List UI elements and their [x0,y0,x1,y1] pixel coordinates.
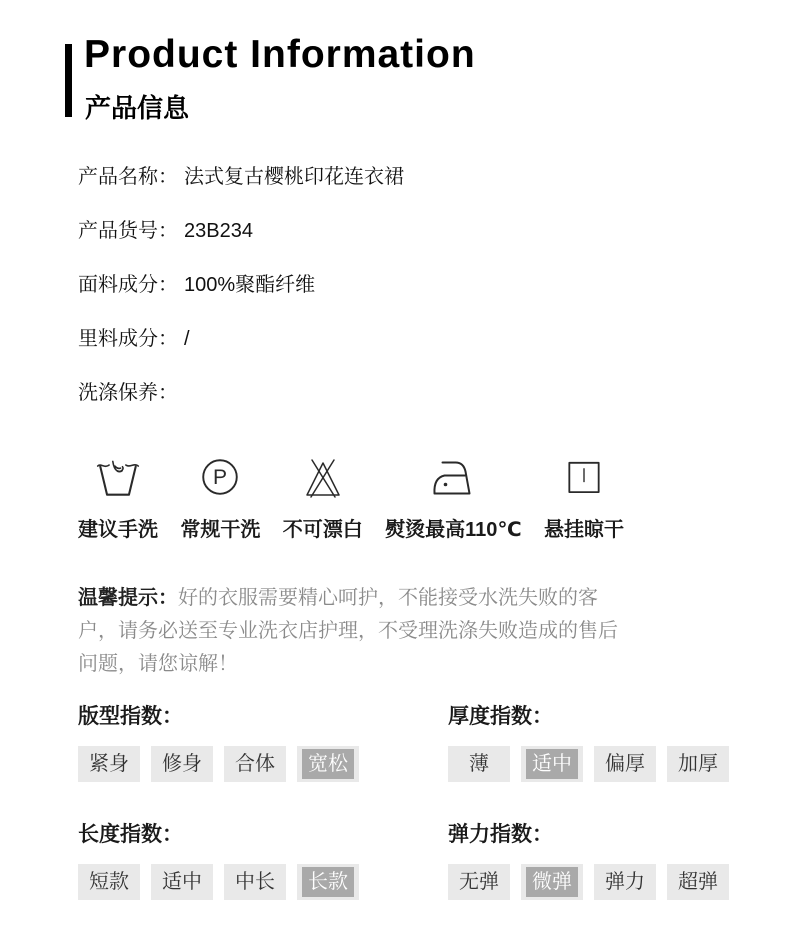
index-option-selected: 长款 [297,864,359,900]
index-group-title: 厚度指数： [448,703,748,731]
care-item-dry-clean: P 常规干洗 [180,450,260,542]
index-group-title: 版型指数： [78,703,378,731]
hang-dry-icon [562,450,606,504]
index-options-row: 薄 适中 偏厚 加厚 [448,746,748,782]
iron-max-110-icon [429,450,477,504]
index-option-selected: 宽松 [297,746,359,782]
detail-label: 产品货号： [78,220,178,242]
detail-value: 100%聚酯纤维 [184,274,315,296]
index-option: 中长 [224,864,286,900]
index-option: 弹力 [594,864,656,900]
dry-clean-p-icon: P [197,450,243,504]
index-options-row: 短款 适中 中长 长款 [78,864,378,900]
svg-text:P: P [213,466,227,489]
thickness-index-group: 厚度指数： 薄 适中 偏厚 加厚 [448,703,748,782]
care-label: 常规干洗 [180,513,260,542]
index-option: 薄 [448,746,510,782]
care-label: 建议手洗 [78,513,158,542]
detail-label: 里料成分： [78,328,178,350]
index-option: 加厚 [667,746,729,782]
detail-value: / [184,328,190,350]
detail-row-product-code: 产品货号：23B234 [78,217,404,245]
product-details: 产品名称：法式复古樱桃印花连衣裙 产品货号：23B234 面料成分：100%聚酯… [78,163,404,433]
no-bleach-icon [299,450,347,504]
index-group-title: 弹力指数： [448,821,748,849]
product-info-page: Product Information 产品信息 产品名称：法式复古樱桃印花连衣… [0,0,790,951]
index-options-row: 无弹 微弹 弹力 超弹 [448,864,748,900]
fit-index-group: 版型指数： 紧身 修身 合体 宽松 [78,703,378,782]
page-title-cn: 产品信息 [85,88,189,125]
index-option: 无弹 [448,864,510,900]
care-item-no-bleach: 不可漂白 [283,450,363,542]
detail-row-product-name: 产品名称：法式复古樱桃印花连衣裙 [78,163,404,191]
care-item-iron: 熨烫最高110℃ [385,450,521,542]
detail-value: 法式复古樱桃印花连衣裙 [184,166,404,188]
care-label: 悬挂晾干 [544,513,624,542]
index-options-row: 紧身 修身 合体 宽松 [78,746,378,782]
detail-label: 面料成分： [78,274,178,296]
index-group-title: 长度指数： [78,821,378,849]
index-option: 修身 [151,746,213,782]
care-symbols-row: 建议手洗 P 常规干洗 不可漂白 [78,450,624,542]
index-option-selected: 适中 [521,746,583,782]
index-option-selected: 微弹 [521,864,583,900]
page-title-en: Product Information [84,33,476,77]
index-option: 合体 [224,746,286,782]
detail-label: 产品名称： [78,166,178,188]
hand-wash-icon [93,450,143,504]
warm-tips: 温馨提示：好的衣服需要精心呵护，不能接受水洗失败的客户，请务必送至专业洗衣店护理… [78,582,627,681]
detail-label: 洗涤保养： [78,382,178,404]
detail-value: 23B234 [184,220,253,242]
elasticity-index-group: 弹力指数： 无弹 微弹 弹力 超弹 [448,821,748,900]
index-option: 短款 [78,864,140,900]
care-item-hand-wash: 建议手洗 [78,450,158,542]
detail-row-lining: 里料成分：/ [78,325,404,353]
index-option: 紧身 [78,746,140,782]
tips-label: 温馨提示： [78,587,178,609]
care-item-hang-dry: 悬挂晾干 [544,450,624,542]
index-option: 适中 [151,864,213,900]
detail-row-washing-care: 洗涤保养： [78,379,404,407]
title-accent-bar [65,44,72,117]
detail-row-fabric: 面料成分：100%聚酯纤维 [78,271,404,299]
index-option: 偏厚 [594,746,656,782]
length-index-group: 长度指数： 短款 适中 中长 长款 [78,821,378,900]
care-label: 不可漂白 [283,513,363,542]
index-option: 超弹 [667,864,729,900]
care-label: 熨烫最高110℃ [385,513,521,542]
